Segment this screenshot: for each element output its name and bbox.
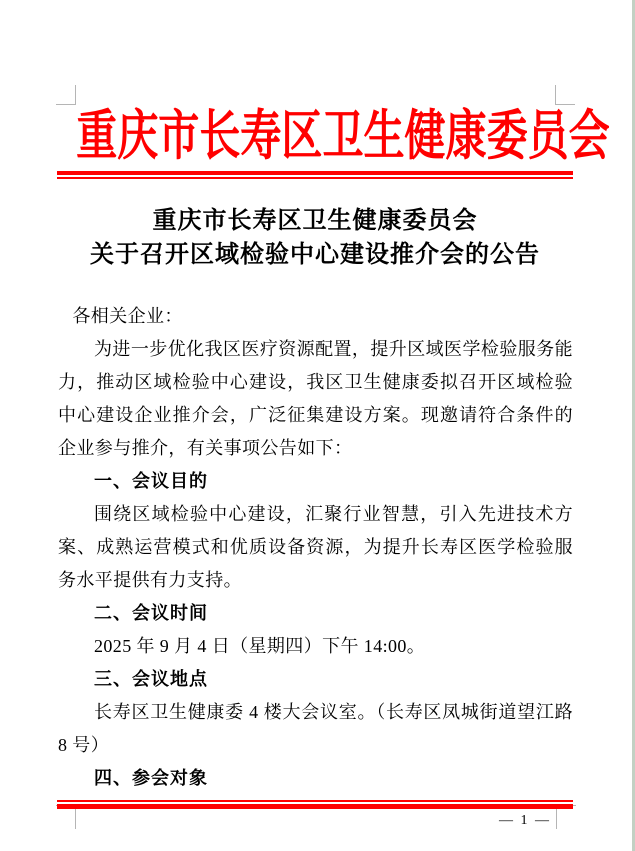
intro-paragraph: 为进一步优化我区医疗资源配置，提升区域医学检验服务能力，推动区域检验中心建设，我… [58, 333, 573, 465]
document-body: 各相关企业： 为进一步优化我区医疗资源配置，提升区域医学检验服务能力，推动区域检… [58, 300, 573, 795]
salutation: 各相关企业： [58, 300, 573, 333]
section-4-heading: 四、参会对象 [58, 762, 573, 795]
letterhead-double-rule [57, 171, 573, 179]
crop-mark-top-left [56, 85, 76, 105]
rule-thick-line [57, 171, 573, 175]
section-3-heading: 三、会议地点 [58, 663, 573, 696]
section-2-body: 2025 年 9 月 4 日（星期四）下午 14:00。 [58, 630, 573, 663]
footer-double-rule [57, 800, 573, 809]
letterhead-title: 重庆市长寿区卫生健康委员会 [76, 100, 559, 172]
section-1-heading: 一、会议目的 [58, 465, 573, 498]
document-title: 重庆市长寿区卫生健康委员会 关于召开区域检验中心建设推介会的公告 [57, 204, 573, 272]
rule-thin-line [57, 800, 573, 802]
document-title-line-1: 重庆市长寿区卫生健康委员会 [57, 204, 573, 238]
page-number: — 1 — [495, 812, 555, 830]
document-page: 重庆市长寿区卫生健康委员会 重庆市长寿区卫生健康委员会 关于召开区域检验中心建设… [0, 0, 635, 851]
section-2-heading: 二、会议时间 [58, 597, 573, 630]
section-1-body: 围绕区域检验中心建设，汇聚行业智慧，引入先进技术方案、成熟运营模式和优质设备资源… [58, 498, 573, 597]
rule-thin-line [57, 177, 573, 179]
section-3-body: 长寿区卫生健康委 4 楼大会议室。（长寿区凤城街道望江路 8 号） [58, 696, 573, 762]
rule-thick-line [57, 804, 573, 809]
document-title-line-2: 关于召开区域检验中心建设推介会的公告 [57, 238, 573, 272]
